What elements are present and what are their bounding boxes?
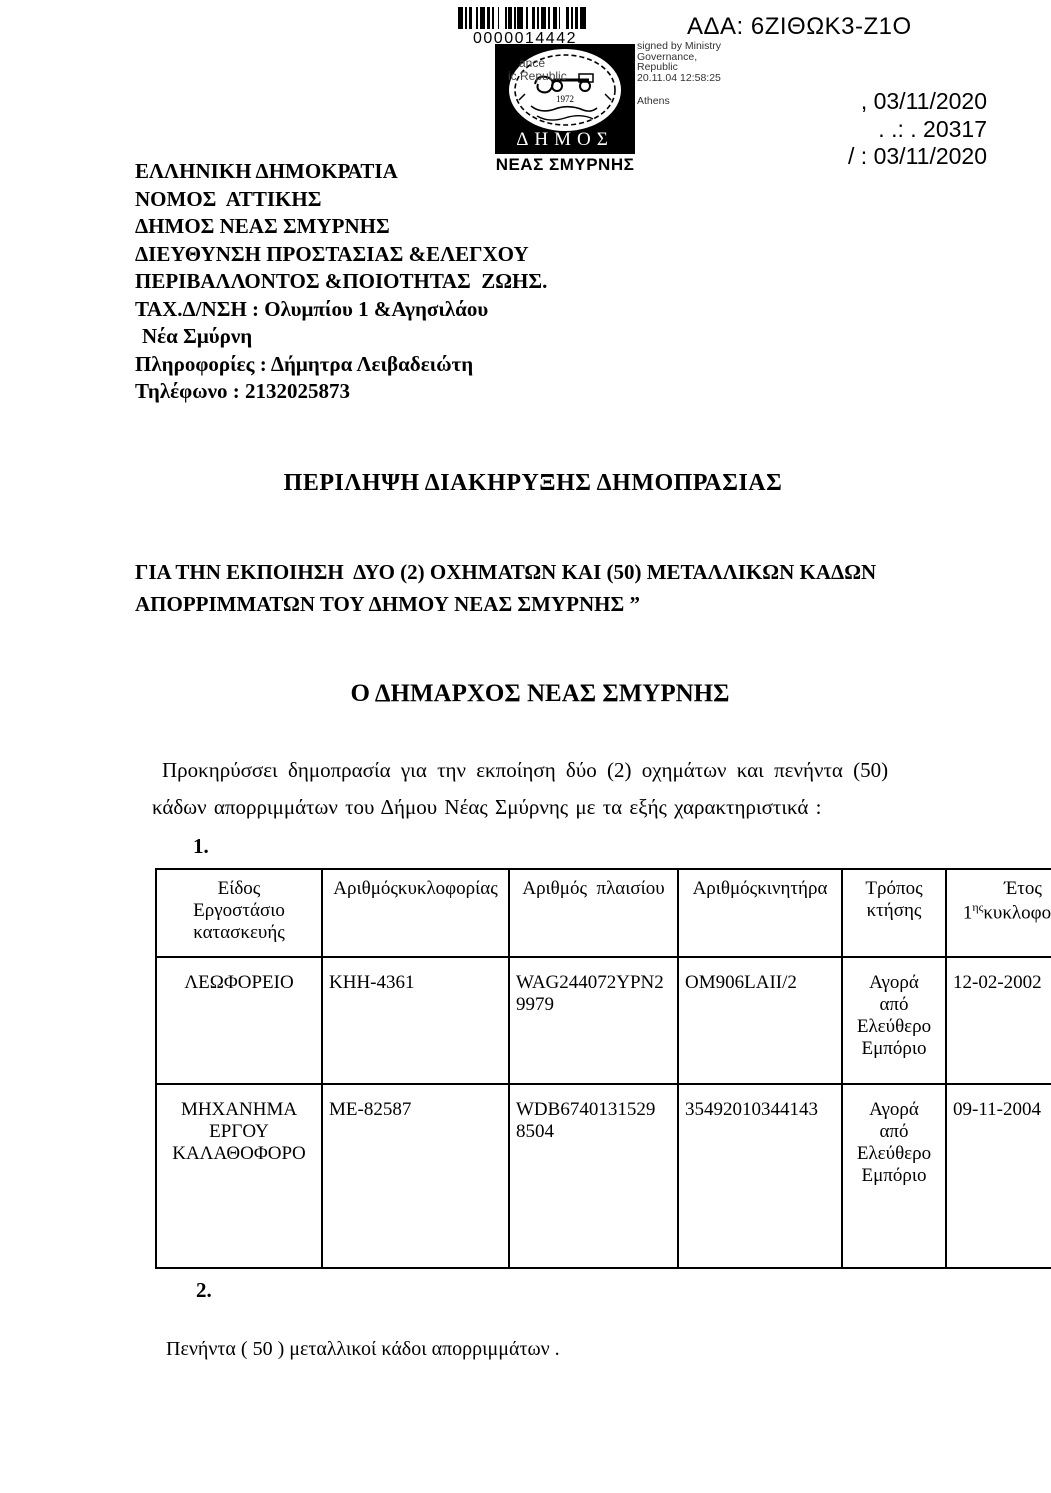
table-header-cell: Είδος Εργοστάσιο κατασκευής xyxy=(156,869,322,957)
protocol-date: , 03/11/2020 xyxy=(705,88,987,116)
table-header-cell: Αριθμός πλαισίου xyxy=(509,869,678,957)
letterhead-line: ΔΗΜΟΣ ΝΕΑΣ ΣΜΥΡΝΗΣ xyxy=(135,213,547,241)
table-cell-chassis: WAG244072YPN2 9979 xyxy=(509,957,678,1084)
table-cell-engine: 35492010344143 xyxy=(678,1084,842,1268)
table-header-cell: Έτος 1ηςκυκλοφορίας xyxy=(946,869,1051,957)
table-header-row: Είδος Εργοστάσιο κατασκευής Αριθμόςκυκλο… xyxy=(156,869,1051,957)
section-heading: Ο ΔΗΜΑΡΧΟΣ ΝΕΑΣ ΣΜΥΡΝΗΣ xyxy=(0,680,1051,708)
letterhead-line: Νέα Σμύρνη xyxy=(135,323,547,351)
protocol-block: , 03/11/2020 . .: . 20317 / : 03/11/2020 xyxy=(705,88,987,171)
signature-line: signed by Ministry xyxy=(637,41,767,52)
list-item-2-label: 2. xyxy=(196,1278,212,1303)
seal-inner-label: ΔΗΜΟΣ xyxy=(495,129,635,151)
subtitle-line: ΓΙΑ ΤΗΝ ΕΚΠΟΙΗΣΗ ΔΥΟ (2) ΟΧΗΜΑΤΩΝ ΚΑΙ (5… xyxy=(135,556,925,588)
letterhead-line: ΠΕΡΙΒΑΛΛΟΝΤΟΣ &ΠΟΙΟΤΗΤΑΣ ΖΩΗΣ. xyxy=(135,268,547,296)
letterhead-line: ΝΟΜΟΣ ΑΤΤΙΚΗΣ xyxy=(135,186,547,214)
body-paragraph-line: κάδων απορριμμάτων του Δήμου Νέας Σμύρνη… xyxy=(152,795,932,820)
signature-line: Republic xyxy=(637,62,767,73)
table-cell-first-registration: 09-11-2004 xyxy=(946,1084,1051,1268)
header-year-num: 1 xyxy=(963,902,973,923)
barcode-bars-icon xyxy=(458,7,592,29)
letterhead-line: ΤΑΧ.Δ/ΝΣΗ : Ολυμπίου 1 &Αγησιλάου xyxy=(135,296,547,324)
protocol-date2: / : 03/11/2020 xyxy=(705,143,987,171)
table-cell-acquisition: Αγορά από Ελεύθερο Εμπόριο xyxy=(842,957,946,1084)
table-header-cell: Αριθμόςκινητήρα xyxy=(678,869,842,957)
letterhead: ΕΛΛΗΝΙΚΗ ΔΗΜΟΚΡΑΤΙΑ ΝΟΜΟΣ ΑΤΤΙΚΗΣ ΔΗΜΟΣ … xyxy=(135,158,547,406)
table-cell-vehicle-type: ΛΕΩΦΟΡΕΙΟ xyxy=(156,957,322,1084)
protocol-number: . .: . 20317 xyxy=(705,116,987,144)
table-cell-engine: OM906LAII/2 xyxy=(678,957,842,1084)
table-row: ΜΗΧΑΝΗΜΑ ΕΡΓΟΥ ΚΑΛΑΘΟΦΟΡΟ ΜΕ-82587 WDB67… xyxy=(156,1084,1051,1268)
table-cell-vehicle-type: ΜΗΧΑΝΗΜΑ ΕΡΓΟΥ ΚΑΛΑΘΟΦΟΡΟ xyxy=(156,1084,322,1268)
table-header-cell: Αριθμόςκυκλοφορίας xyxy=(322,869,509,957)
document-page: 0000014442 ΑΔΑ: 6ΖΙΘΩΚ3-Ζ1Ο 1972 ΔΗΜΟΣ Ν… xyxy=(0,0,1051,1493)
municipal-seal: 1972 ΔΗΜΟΣ xyxy=(495,44,635,154)
body-paragraph-line: Προκηρύσσει δημοπρασία για την εκποίηση … xyxy=(162,758,912,783)
header-year-rest: κυκλοφορίας xyxy=(983,902,1051,923)
table-cell-chassis: WDB6740131529 8504 xyxy=(509,1084,678,1268)
signature-line: 20.11.04 12:58:25 xyxy=(637,73,767,84)
table-cell-plate: ΜΕ-82587 xyxy=(322,1084,509,1268)
table-cell-first-registration: 12-02-2002 xyxy=(946,957,1051,1084)
signature-overlay-fragment: ance xyxy=(519,56,545,70)
letterhead-line: Τηλέφωνο : 2132025873 xyxy=(135,378,547,406)
table-cell-acquisition: Αγορά από Ελεύθερο Εμπόριο xyxy=(842,1084,946,1268)
vehicles-table: Είδος Εργοστάσιο κατασκευής Αριθμόςκυκλο… xyxy=(155,868,1051,1269)
table-row: ΛΕΩΦΟΡΕΙΟ ΚΗΗ-4361 WAG244072YPN2 9979 OM… xyxy=(156,957,1051,1084)
ada-code: ΑΔΑ: 6ΖΙΘΩΚ3-Ζ1Ο xyxy=(687,13,912,41)
letterhead-line: ΔΙΕΥΘΥΝΣΗ ΠΡΟΣΤΑΣΙΑΣ &ΕΛΕΓΧΟΥ xyxy=(135,241,547,269)
header-year-line2: 1ηςκυκλοφορίας xyxy=(953,900,1051,924)
letterhead-line: ΕΛΛΗΝΙΚΗ ΔΗΜΟΚΡΑΤΙΑ xyxy=(135,158,547,186)
subtitle-line: ΑΠΟΡΡΙΜΜΑΤΩΝ ΤΟΥ ΔΗΜΟΥ ΝΕΑΣ ΣΜΥΡΝΗΣ ” xyxy=(135,588,925,620)
table-header-cell: Τρόπος κτήσης xyxy=(842,869,946,957)
svg-text:1972: 1972 xyxy=(556,94,574,104)
letterhead-line: Πληροφορίες : Δήμητρα Λειβαδειώτη xyxy=(135,351,547,379)
list-item-1-label: 1. xyxy=(193,834,209,859)
table-cell-plate: ΚΗΗ-4361 xyxy=(322,957,509,1084)
header-year-line1: Έτος xyxy=(953,878,1051,900)
doc-subtitle: ΓΙΑ ΤΗΝ ΕΚΠΟΙΗΣΗ ΔΥΟ (2) ΟΧΗΜΑΤΩΝ ΚΑΙ (5… xyxy=(135,556,925,620)
page-title: ΠΕΡΙΛΗΨΗ ΔΙΑΚΗΡΥΞΗΣ ΔΗΜΟΠΡΑΣΙΑΣ xyxy=(0,470,1051,497)
list-item-2-text: Πενήντα ( 50 ) μεταλλικοί κάδοι απορριμμ… xyxy=(166,1338,560,1361)
signature-overlay-fragment: ic Republic xyxy=(508,69,567,83)
barcode: 0000014442 xyxy=(458,7,592,48)
header-year-sup: ης xyxy=(972,900,983,914)
